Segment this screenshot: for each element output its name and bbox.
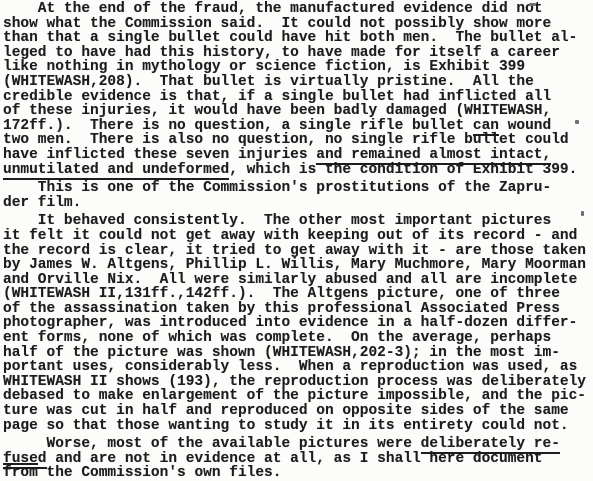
text-line: show what the Commission said. It could … — [3, 17, 592, 32]
text-segment: than that a single bullet could have hit… — [3, 30, 577, 46]
text-line: (WHITEWASH,208). That bullet is virtuall… — [3, 75, 592, 90]
text-line: have inflicted these seven injuries and … — [3, 148, 592, 163]
text-line: than that a single bullet could have hit… — [3, 31, 592, 46]
text-segment: (WHITEWASH,208). That bullet is virtuall… — [3, 74, 534, 90]
text-line: (WHITEWASH II,131ff.,142ff.). The Altgen… — [3, 287, 592, 302]
text-line: by James W. Altgens, Phillip L. Willis, … — [3, 258, 592, 273]
overlined-text: from — [3, 463, 38, 481]
text-segment: portant uses, considerably less. When a … — [3, 359, 577, 375]
text-line: page so that those wanting to study it i… — [3, 419, 592, 434]
scan-speck — [581, 211, 584, 216]
text-segment: by James W. Altgens, Phillip L. Willis, … — [3, 257, 586, 273]
text-line: from the Commission's own files. — [3, 466, 592, 481]
text-segment: , which is the condition of Exhibit 399. — [229, 162, 577, 178]
text-line: debased to make enlargement of the pictu… — [3, 389, 592, 404]
text-segment: Worse, most of the available pictures we… — [3, 436, 421, 452]
text-segment: der film. — [3, 195, 81, 211]
text-line: credible evidence is that, if a single b… — [3, 90, 592, 105]
text-segment: At the end of the fraud, the manufacture… — [3, 1, 543, 17]
scan-speck — [575, 120, 579, 124]
paragraph-3: It behaved consistently. The other most … — [3, 214, 592, 433]
text-segment: It behaved consistently. The other most … — [3, 213, 551, 229]
text-segment: of these injuries, it would have been ba… — [3, 103, 551, 119]
text-line: two men. There is also no question, no s… — [3, 133, 592, 148]
text-segment: ture was cut in half and reproduced on o… — [3, 403, 569, 419]
text-line: Worse, most of the available pictures we… — [3, 437, 592, 452]
text-line: ture was cut in half and reproduced on o… — [3, 404, 592, 419]
underlined-text: unmutilated and undeformed — [3, 162, 229, 180]
text-segment: two men. There is also no question, no s… — [3, 132, 569, 148]
text-line: the record is clear, it tried to get awa… — [3, 244, 592, 259]
text-segment: This is one of the Commission's prostitu… — [3, 180, 551, 196]
text-segment: the Commission's own files. — [38, 465, 282, 481]
text-line: This is one of the Commission's prostitu… — [3, 181, 592, 196]
text-line: like nothing in mythology or science fic… — [3, 60, 592, 75]
text-line: photographer, was introduced into eviden… — [3, 316, 592, 331]
text-line: der film. — [3, 196, 592, 211]
text-segment: ent forms, none of which was complete. O… — [3, 330, 551, 346]
text-line: of these injuries, it would have been ba… — [3, 104, 592, 119]
paragraph-4: Worse, most of the available pictures we… — [3, 437, 592, 481]
paragraph-2: This is one of the Commission's prostitu… — [3, 181, 592, 210]
text-line: unmutilated and undeformed, which is the… — [3, 163, 592, 178]
text-segment: page so that those wanting to study it i… — [3, 418, 569, 434]
text-segment: have inflicted these seven injuries — [3, 147, 316, 163]
text-line: At the end of the fraud, the manufacture… — [3, 2, 592, 17]
text-line: It behaved consistently. The other most … — [3, 214, 592, 229]
text-line: portant uses, considerably less. When a … — [3, 360, 592, 375]
scan-speck — [529, 3, 536, 6]
text-line: ent forms, none of which was complete. O… — [3, 331, 592, 346]
scanned-document-page: At the end of the fraud, the manufacture… — [0, 0, 593, 481]
text-segment: like nothing in mythology or science fic… — [3, 59, 525, 75]
text-segment: (WHITEWASH II,131ff.,142ff.). The Altgen… — [3, 286, 560, 302]
typewritten-text-block: At the end of the fraud, the manufacture… — [3, 2, 592, 481]
text-segment: it felt it could not get away with keepi… — [3, 228, 577, 244]
text-line: it felt it could not get away with keepi… — [3, 229, 592, 244]
paragraph-1: At the end of the fraud, the manufacture… — [3, 2, 592, 177]
